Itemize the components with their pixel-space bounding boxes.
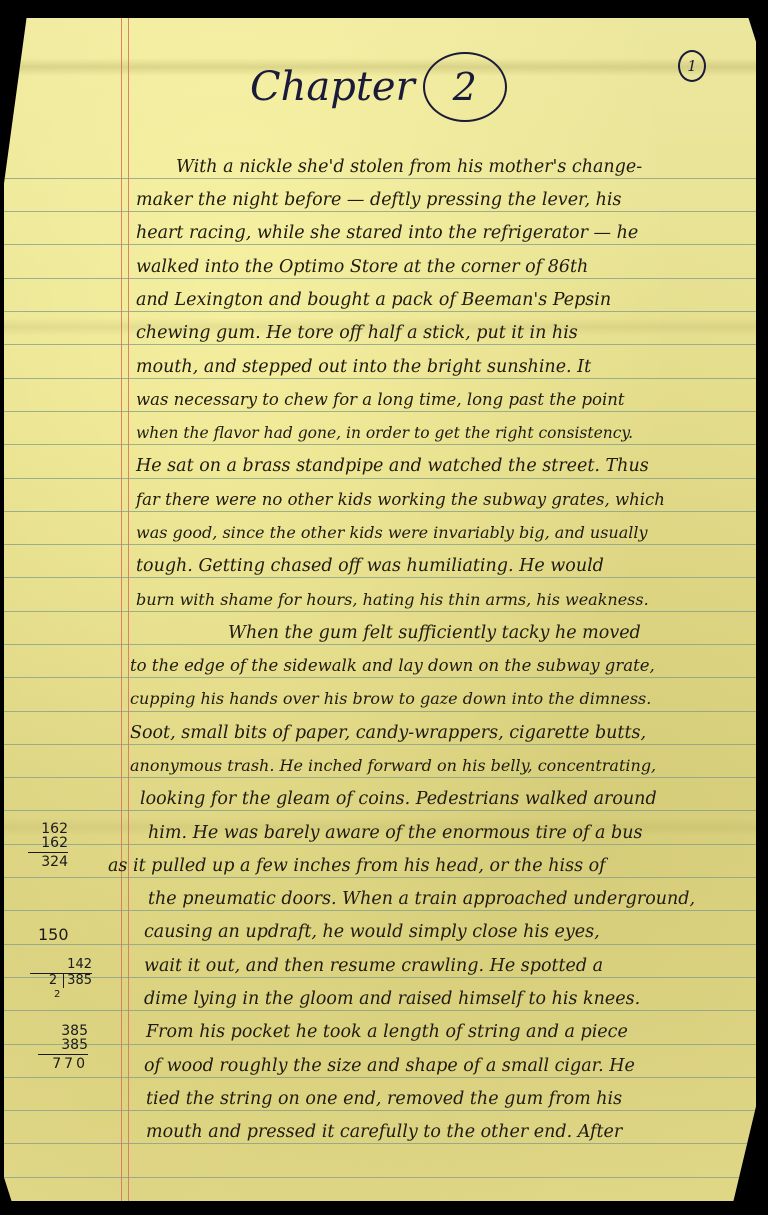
chapter-label: Chapter xyxy=(250,64,415,110)
addend: 162 xyxy=(28,822,68,836)
manuscript-line: With a nickle she'd stolen from his moth… xyxy=(176,157,642,177)
manuscript-line: wait it out, and then resume crawling. H… xyxy=(144,956,603,976)
rule-line xyxy=(4,278,756,279)
manuscript-line: and Lexington and bought a pack of Beema… xyxy=(136,290,611,310)
manuscript-line: anonymous trash. He inched forward on hi… xyxy=(130,756,656,776)
manuscript-line: From his pocket he took a length of stri… xyxy=(146,1022,628,1042)
rule-line xyxy=(4,611,756,612)
manuscript-line: burn with shame for hours, hating his th… xyxy=(136,590,649,610)
margin-addition-2: 385 385 770 xyxy=(38,1024,88,1071)
manuscript-line: when the flavor had gone, in order to ge… xyxy=(136,423,633,443)
manuscript-line: to the edge of the sidewalk and lay down… xyxy=(130,656,655,676)
rule-line xyxy=(4,411,756,412)
rule-line xyxy=(4,344,756,345)
manuscript-line: was good, since the other kids were inva… xyxy=(136,523,648,543)
margin-division: 142 2 385 2 xyxy=(30,958,92,1002)
manuscript-line: heart racing, while she stared into the … xyxy=(136,223,638,243)
manuscript-line: causing an updraft, he would simply clos… xyxy=(144,922,600,942)
manuscript-line: mouth and pressed it carefully to the ot… xyxy=(146,1122,622,1142)
margin-line-right xyxy=(128,18,129,1201)
manuscript-line: was necessary to chew for a long time, l… xyxy=(136,390,625,410)
rule-line xyxy=(4,544,756,545)
chapter-number-circled: 2 xyxy=(423,52,507,122)
margin-line-left xyxy=(121,18,122,1201)
manuscript-line: tough. Getting chased off was humiliatin… xyxy=(136,556,604,576)
rule-line xyxy=(4,677,756,678)
rule-line xyxy=(4,711,756,712)
rule-line xyxy=(4,244,756,245)
dividend: 385 xyxy=(63,974,92,988)
rule-line xyxy=(4,1143,756,1144)
addend: 385 xyxy=(38,1024,88,1038)
divisor: 2 xyxy=(49,974,57,988)
rule-line xyxy=(4,977,756,978)
manuscript-line: maker the night before — deftly pressing… xyxy=(136,190,621,210)
carry-mark: 2 xyxy=(30,988,92,1002)
rule-line xyxy=(4,378,756,379)
rule-line xyxy=(4,444,756,445)
rule-line xyxy=(4,844,756,845)
rule-line xyxy=(4,311,756,312)
manuscript-line: cupping his hands over his brow to gaze … xyxy=(130,689,651,709)
chapter-heading: Chapter 2 xyxy=(250,52,507,122)
manuscript-line: dime lying in the gloom and raised himse… xyxy=(144,989,640,1009)
rule-line xyxy=(4,910,756,911)
manuscript-line: tied the string on one end, removed the … xyxy=(146,1089,622,1109)
manuscript-line: him. He was barely aware of the enormous… xyxy=(148,823,642,843)
margin-note-150: 150 xyxy=(38,928,74,942)
rule-line xyxy=(4,577,756,578)
manuscript-line: Soot, small bits of paper, candy-wrapper… xyxy=(130,723,646,743)
rule-line xyxy=(4,644,756,645)
rule-line xyxy=(4,178,756,179)
manuscript-line: the pneumatic doors. When a train approa… xyxy=(148,889,695,909)
rule-line xyxy=(4,211,756,212)
manuscript-line: chewing gum. He tore off half a stick, p… xyxy=(136,323,578,343)
manuscript-line: He sat on a brass standpipe and watched … xyxy=(136,456,649,476)
margin-addition-1: 162 162 324 xyxy=(28,822,68,869)
manuscript-line: mouth, and stepped out into the bright s… xyxy=(136,357,591,377)
addend: 385 xyxy=(38,1038,88,1052)
rule-line xyxy=(4,1044,756,1045)
rule-line xyxy=(4,1010,756,1011)
rule-line xyxy=(4,810,756,811)
rule-line xyxy=(4,744,756,745)
rule-line xyxy=(4,511,756,512)
manuscript-line: as it pulled up a few inches from his he… xyxy=(108,856,606,876)
rule-line xyxy=(4,1077,756,1078)
quotient: 142 xyxy=(30,958,92,974)
page-number-circled: 1 xyxy=(678,50,706,82)
manuscript-line: walked into the Optimo Store at the corn… xyxy=(136,257,588,277)
rule-line xyxy=(4,877,756,878)
manuscript-line: When the gum felt sufficiently tacky he … xyxy=(228,623,641,643)
rule-line xyxy=(4,944,756,945)
manuscript-line: of wood roughly the size and shape of a … xyxy=(144,1056,635,1076)
sum: 770 xyxy=(38,1054,88,1071)
addend: 162 xyxy=(28,836,68,850)
sum: 324 xyxy=(28,852,68,869)
rule-line xyxy=(4,478,756,479)
rule-line xyxy=(4,1177,756,1178)
manuscript-line: far there were no other kids working the… xyxy=(136,490,665,510)
rule-line xyxy=(4,777,756,778)
manuscript-line: looking for the gleam of coins. Pedestri… xyxy=(140,789,657,809)
rule-line xyxy=(4,1110,756,1111)
